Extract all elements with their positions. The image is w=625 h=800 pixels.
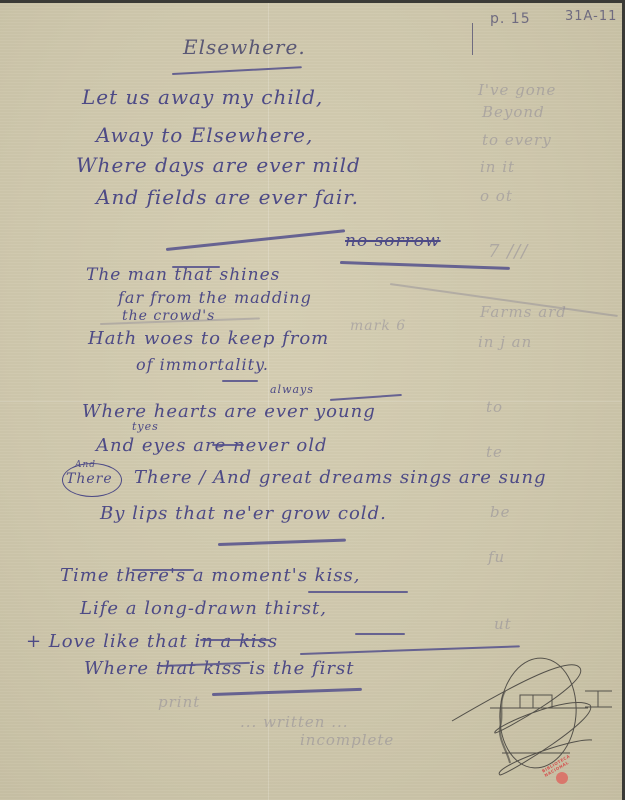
pencil-note: incomplete bbox=[300, 731, 394, 749]
poem-line: + Love like that in a kiss bbox=[26, 631, 278, 652]
pencil-note: ... written ... bbox=[240, 713, 349, 731]
poem-line: Where days are ever mild bbox=[76, 153, 361, 177]
poem-title: Elsewhere. bbox=[183, 35, 306, 59]
pencil-note: print bbox=[158, 693, 200, 711]
catalog-mark: 31A-11 bbox=[565, 9, 617, 24]
poem-line: By lips that ne'er grow cold. bbox=[100, 503, 387, 524]
poem-line: of immortality. bbox=[136, 355, 269, 374]
circled-word: There bbox=[66, 471, 113, 487]
library-stamp: BIBLIOTECA NACIONAL bbox=[545, 761, 579, 795]
struck-fragment: no sorrow bbox=[345, 231, 441, 251]
poem-line: Let us away my child, bbox=[82, 85, 323, 109]
poem-line: Away to Elsewhere, bbox=[96, 123, 313, 147]
poem-line: Hath woes to keep from bbox=[88, 328, 329, 349]
strike-stroke bbox=[355, 633, 405, 635]
strike-stroke bbox=[330, 394, 402, 401]
poem-line: far from the madding bbox=[118, 288, 312, 307]
poem-line: Where hearts are ever young bbox=[82, 401, 376, 422]
ghost-writing: 7 /// bbox=[488, 241, 528, 262]
poem-line: Life a long-drawn thirst, bbox=[80, 598, 327, 619]
ghost-writing: fu bbox=[488, 548, 505, 566]
strike-stroke bbox=[200, 639, 270, 641]
pencil-sketch-icon bbox=[440, 643, 622, 800]
interlinear-word: always bbox=[270, 383, 314, 396]
ghost-writing: be bbox=[490, 503, 510, 521]
ghost-writing: te bbox=[486, 443, 503, 461]
interlinear-word: tyes bbox=[132, 420, 159, 433]
ghost-writing: to bbox=[486, 398, 503, 416]
circled-annotation: And bbox=[75, 460, 96, 470]
ghost-writing: I've gone bbox=[478, 81, 556, 99]
strike-stroke bbox=[222, 380, 258, 382]
strike-stroke bbox=[172, 266, 220, 268]
ghost-writing: mark 6 bbox=[350, 318, 406, 334]
poem-line: And fields are ever fair. bbox=[96, 185, 359, 209]
strike-stroke bbox=[340, 261, 510, 270]
ghost-writing: o ot bbox=[480, 187, 513, 205]
ghost-writing: to every bbox=[482, 131, 552, 149]
ghost-writing: ut bbox=[494, 615, 512, 633]
poem-line: the crowd's bbox=[122, 308, 215, 324]
ghost-writing: Beyond bbox=[482, 103, 545, 121]
strike-stroke bbox=[132, 569, 194, 571]
title-underline bbox=[172, 66, 302, 75]
ghost-writing: in j an bbox=[478, 333, 532, 351]
poem-line: There / And great dreams sings are sung bbox=[134, 467, 547, 488]
page-number: p. 15 bbox=[490, 11, 531, 27]
ghost-writing: in it bbox=[480, 158, 515, 176]
pencil-mark bbox=[472, 23, 473, 55]
poem-line: Time there's a moment's kiss, bbox=[60, 565, 361, 586]
poem-line: Where that kiss is the first bbox=[84, 658, 355, 679]
strike-stroke bbox=[212, 444, 244, 446]
strike-stroke bbox=[308, 591, 408, 593]
section-divider bbox=[218, 539, 346, 546]
section-divider bbox=[166, 229, 345, 251]
manuscript-page: I've gone Beyond to every in it o ot 7 /… bbox=[0, 3, 622, 800]
stamp-seal-icon bbox=[556, 772, 568, 784]
section-divider bbox=[212, 688, 362, 696]
poem-line: The man that shines bbox=[86, 265, 280, 285]
